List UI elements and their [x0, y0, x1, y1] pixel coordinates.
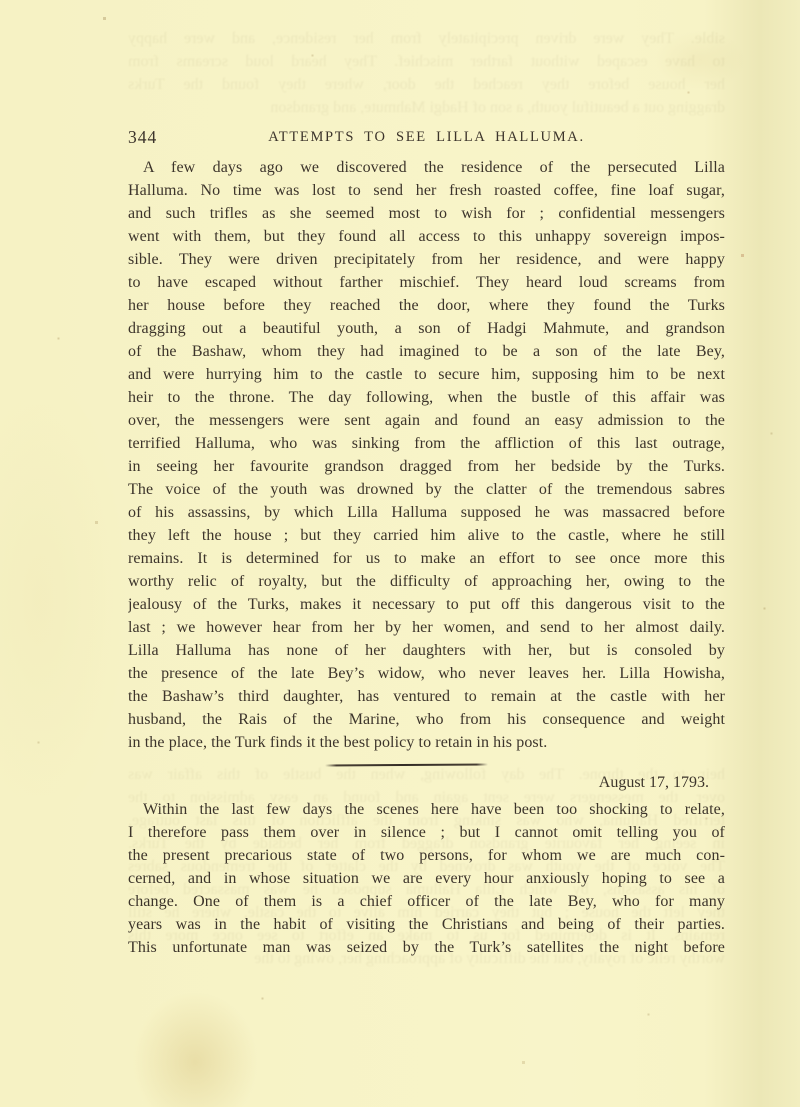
text-line: remains. It is determined for us to make…	[128, 547, 725, 570]
bleed-through-block: sible. They were driven precipitately fr…	[128, 30, 725, 122]
entry-divider-rule	[325, 764, 488, 767]
text-line: I therefore pass them over in silence ; …	[128, 821, 725, 844]
text-line: worthy relic of royalty, but the difficu…	[128, 570, 725, 593]
text-line: Halluma. No time was lost to send her fr…	[128, 179, 725, 202]
paper-speckles	[0, 0, 1, 1]
text-line: The voice of the youth was drowned by th…	[128, 478, 725, 501]
text-line: in seeing her favourite grandson dragged…	[128, 455, 725, 478]
text-line: sible. They were driven precipitately fr…	[128, 30, 725, 53]
text-line: dragging out a beautiful youth, a son of…	[128, 317, 725, 340]
text-line: to have escaped without farther mischief…	[128, 271, 725, 294]
text-line: went with them, but they found all acces…	[128, 225, 725, 248]
text-line: last ; we however hear from her by her w…	[128, 616, 725, 639]
journal-paragraph-1: A few days ago we discovered the residen…	[128, 156, 725, 754]
text-line: the presence of the late Bey’s widow, wh…	[128, 662, 725, 685]
book-page: sible. They were driven precipitately fr…	[0, 0, 800, 1107]
text-line: years was in the habit of visiting the C…	[128, 913, 725, 936]
text-line: husband, the Rais of the Marine, who fro…	[128, 708, 725, 731]
text-line: Within the last few days the scenes here…	[128, 798, 725, 821]
text-line: of his assassins, by which Lilla Halluma…	[128, 501, 725, 524]
text-line: and were hurrying him to the castle to s…	[128, 363, 725, 386]
text-line: of the Bashaw, whom they had imagined to…	[128, 340, 725, 363]
text-line: her house before they reached the door, …	[128, 294, 725, 317]
text-line: jealousy of the Turks, makes it necessar…	[128, 593, 725, 616]
text-line: A few days ago we discovered the residen…	[128, 156, 725, 179]
text-line: to have escaped without farther mischief…	[128, 53, 725, 76]
text-line: This unfortunate man was seized by the T…	[128, 936, 725, 959]
text-line: change. One of them is a chief officer o…	[128, 890, 725, 913]
text-line: over, the messengers were sent again and…	[128, 409, 725, 432]
text-line: sible. They were driven precipitately fr…	[128, 248, 725, 271]
text-line: heir to the throne. The day following, w…	[128, 386, 725, 409]
text-line: in the place, the Turk finds it the best…	[128, 731, 725, 754]
text-line: Lilla Halluma has none of her daughters …	[128, 639, 725, 662]
text-line: the Bashaw’s third daughter, has venture…	[128, 685, 725, 708]
text-line: and such trifles as she seemed most to w…	[128, 202, 725, 225]
journal-paragraph-2: Within the last few days the scenes here…	[128, 798, 725, 959]
text-line: cerned, and in whose situation we are ev…	[128, 867, 725, 890]
page-header: 344 ATTEMPTS TO SEE LILLA HALLUMA.	[128, 127, 725, 149]
entry-date: August 17, 1793.	[128, 772, 725, 794]
text-line: they left the house ; but they carried h…	[128, 524, 725, 547]
text-line: the present precarious state of two pers…	[128, 844, 725, 867]
text-line: her house before they reached the door, …	[128, 76, 725, 99]
text-line: dragging out a beautiful youth, a son of…	[128, 99, 725, 122]
running-title: ATTEMPTS TO SEE LILLA HALLUMA.	[128, 129, 725, 146]
text-line: terrified Halluma, who was sinking from …	[128, 432, 725, 455]
